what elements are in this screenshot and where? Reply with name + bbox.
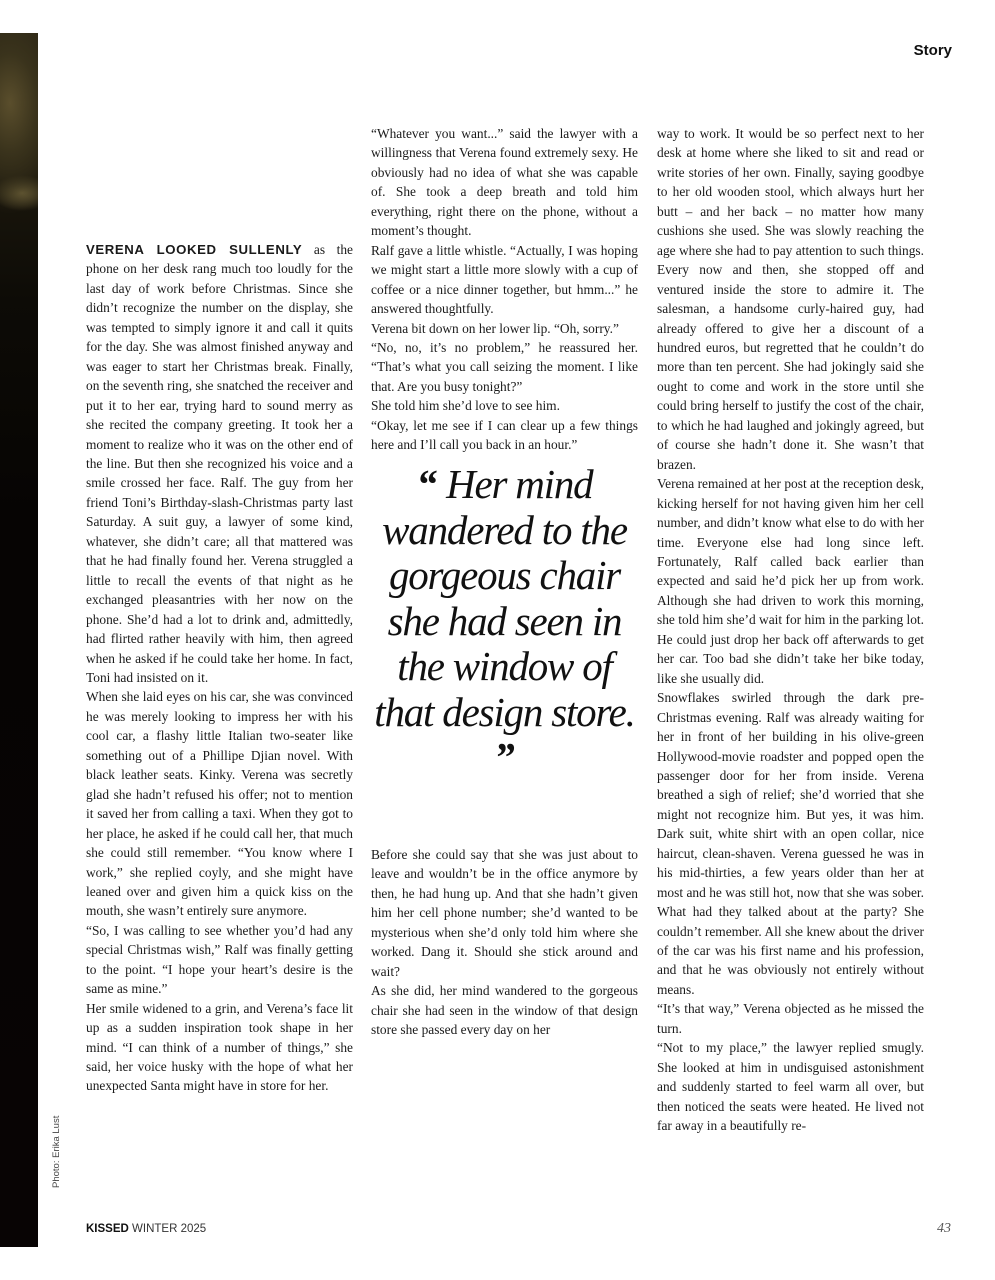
paragraph: “No, no, it’s no problem,” he reassured …	[371, 338, 638, 396]
paragraph: As she did, her mind wandered to the gor…	[371, 981, 638, 1039]
open-quote-icon: “	[417, 461, 438, 507]
paragraph: Verena bit down on her lower lip. “Oh, s…	[371, 319, 638, 338]
paragraph: Before she could say that she was just a…	[371, 845, 638, 981]
paragraph: VERENA LOOKED SULLENLY as the phone on h…	[86, 240, 353, 687]
article-column-1: VERENA LOOKED SULLENLY as the phone on h…	[86, 240, 353, 1096]
paragraph: “It’s that way,” Verena objected as he m…	[657, 999, 924, 1038]
article-column-3: way to work. It would be so perfect next…	[657, 124, 924, 1136]
lead-in: VERENA LOOKED SULLENLY	[86, 242, 302, 257]
paragraph: “So, I was calling to see whether you’d …	[86, 921, 353, 999]
paragraph: “Okay, let me see if I can clear up a fe…	[371, 416, 638, 455]
close-quote-icon: ”	[494, 734, 515, 780]
paragraph: Snowflakes swirled through the dark pre-…	[657, 688, 924, 999]
issue-label: WINTER 2025	[132, 1223, 206, 1235]
paragraph: Her smile widened to a grin, and Verena’…	[86, 999, 353, 1096]
paragraph: Ralf gave a little whistle. “Actually, I…	[371, 241, 638, 319]
footer-brand: KISSED WINTER 2025	[86, 1223, 206, 1235]
pull-quote-text: Her mind wandered to the gorgeous chair …	[374, 461, 634, 735]
magazine-name: KISSED	[86, 1223, 129, 1235]
pull-quote: “ Her mind wandered to the gorgeous chai…	[371, 462, 638, 781]
article-column-2-top: “Whatever you want...” said the lawyer w…	[371, 124, 638, 455]
section-label: Story	[914, 42, 952, 59]
page-number: 43	[937, 1221, 951, 1237]
article-column-2-bottom: Before she could say that she was just a…	[371, 845, 638, 1040]
photo-edge-image	[0, 33, 38, 1247]
paragraph: When she laid eyes on his car, she was c…	[86, 687, 353, 920]
paragraph: “Not to my place,” the lawyer replied sm…	[657, 1038, 924, 1135]
photo-credit: Photo: Erika Lust	[51, 1116, 62, 1188]
paragraph: Verena remained at her post at the recep…	[657, 474, 924, 688]
paragraph: “Whatever you want...” said the lawyer w…	[371, 124, 638, 241]
paragraph: She told him she’d love to see him.	[371, 396, 638, 415]
paragraph: way to work. It would be so perfect next…	[657, 124, 924, 474]
